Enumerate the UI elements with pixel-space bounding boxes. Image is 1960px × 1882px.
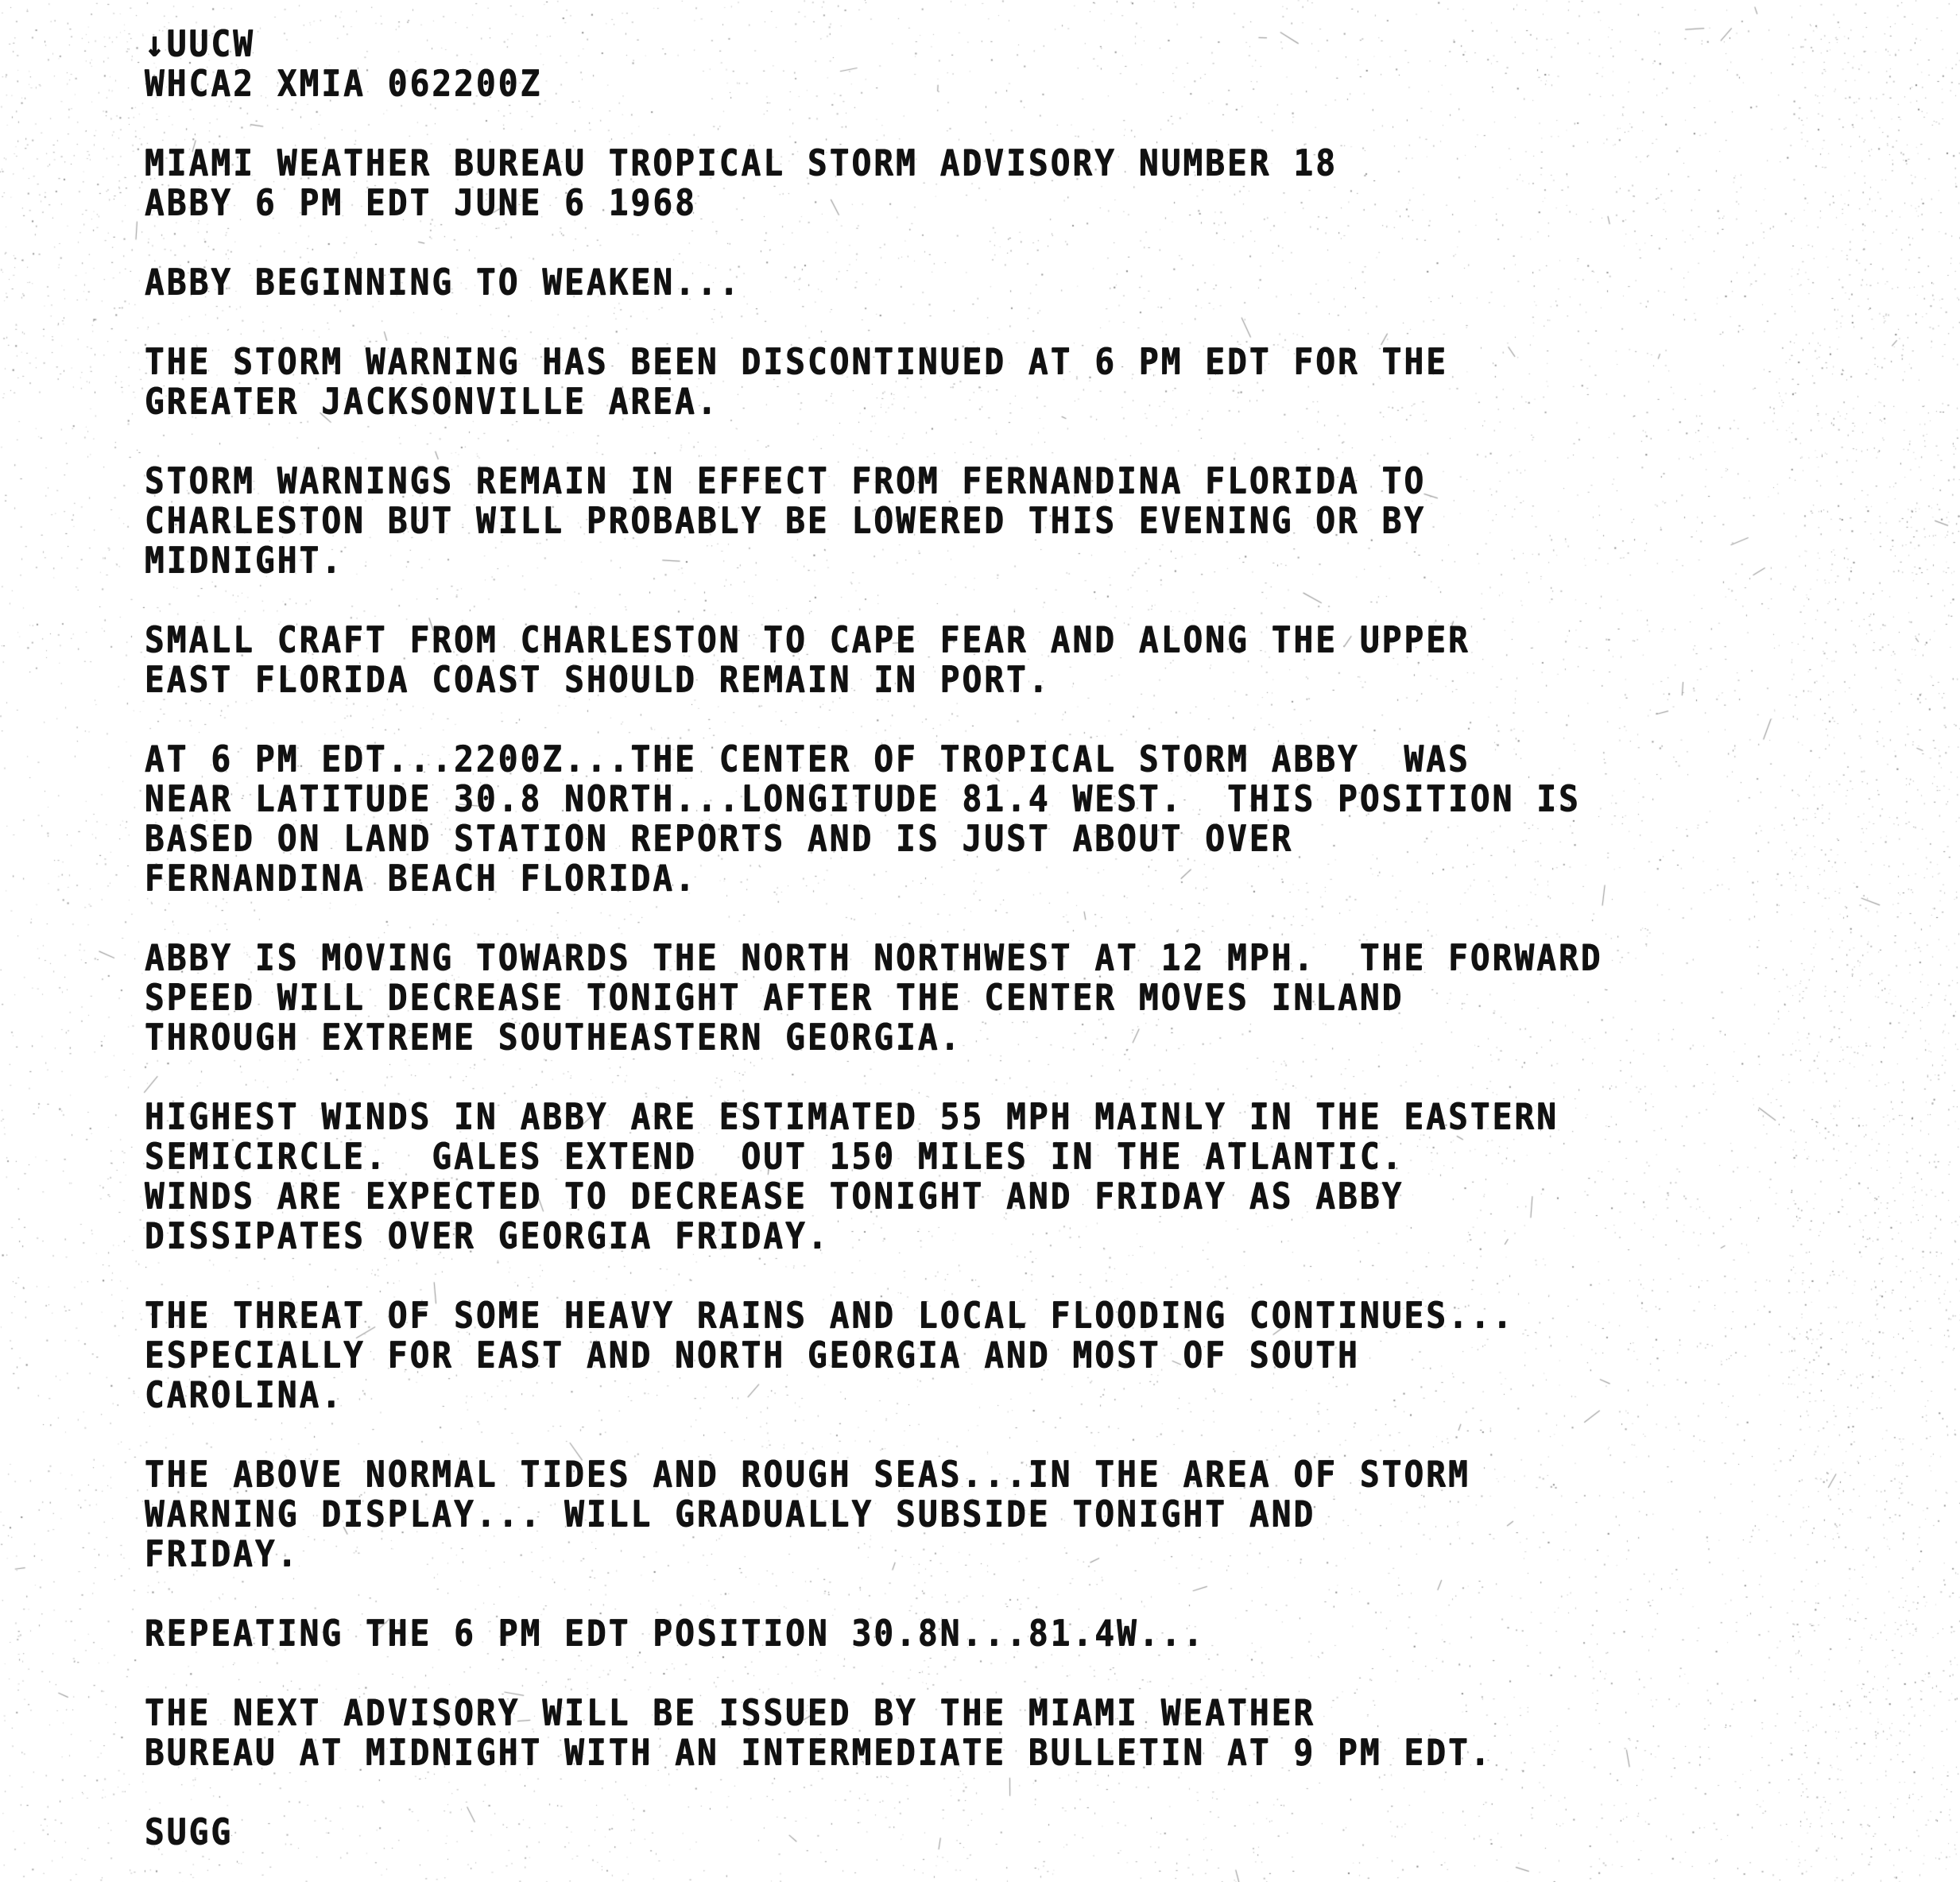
spacer bbox=[145, 898, 1925, 938]
advisory-paragraph: REPEATING THE 6 PM EDT POSITION 30.8N...… bbox=[145, 1613, 1925, 1653]
paragraph-line: SPEED WILL DECREASE TONIGHT AFTER THE CE… bbox=[145, 978, 1800, 1019]
paragraph-line: DISSIPATES OVER GEORGIA FRIDAY. bbox=[145, 1216, 1800, 1257]
advisory-paragraph: SMALL CRAFT FROM CHARLESTON TO CAPE FEAR… bbox=[145, 620, 1925, 699]
advisory-paragraph: THE STORM WARNING HAS BEEN DISCONTINUED … bbox=[145, 342, 1925, 421]
spacer bbox=[145, 302, 1925, 342]
paragraph-line: STORM WARNINGS REMAIN IN EFFECT FROM FER… bbox=[145, 461, 1800, 502]
headline: ABBY BEGINNING TO WEAKEN... bbox=[145, 262, 1925, 302]
title-line-1: MIAMI WEATHER BUREAU TROPICAL STORM ADVI… bbox=[145, 143, 1800, 184]
advisory-paragraph: HIGHEST WINDS IN ABBY ARE ESTIMATED 55 M… bbox=[145, 1097, 1925, 1256]
paragraph-line: THE THREAT OF SOME HEAVY RAINS AND LOCAL… bbox=[145, 1295, 1800, 1337]
title-line-2: ABBY 6 PM EDT JUNE 6 1968 bbox=[145, 183, 1800, 224]
signature: SUGG bbox=[145, 1812, 1800, 1853]
paragraph-line: EAST FLORIDA COAST SHOULD REMAIN IN PORT… bbox=[145, 660, 1800, 701]
teletype-advisory-document: ↓UUCW WHCA2 XMIA 062200Z MIAMI WEATHER B… bbox=[145, 24, 1925, 1852]
signature-block: SUGG bbox=[145, 1812, 1925, 1852]
paragraph-line: ESPECIALLY FOR EAST AND NORTH GEORGIA AN… bbox=[145, 1335, 1800, 1377]
spacer bbox=[145, 1653, 1925, 1693]
spacer bbox=[145, 699, 1925, 739]
spacer bbox=[145, 421, 1925, 461]
message-header: ↓UUCW WHCA2 XMIA 062200Z bbox=[145, 24, 1925, 103]
paragraph-line: THE STORM WARNING HAS BEEN DISCONTINUED … bbox=[145, 342, 1800, 383]
paragraph-line: CAROLINA. bbox=[145, 1375, 1800, 1416]
spacer bbox=[145, 1574, 1925, 1613]
advisory-paragraph: THE THREAT OF SOME HEAVY RAINS AND LOCAL… bbox=[145, 1295, 1925, 1415]
advisory-paragraph: THE ABOVE NORMAL TIDES AND ROUGH SEAS...… bbox=[145, 1454, 1925, 1574]
wmo-header: WHCA2 XMIA 062200Z bbox=[145, 64, 1800, 105]
paragraph-line: WINDS ARE EXPECTED TO DECREASE TONIGHT A… bbox=[145, 1176, 1800, 1218]
paragraph-line: CHARLESTON BUT WILL PROBABLY BE LOWERED … bbox=[145, 501, 1800, 542]
paragraph-line: HIGHEST WINDS IN ABBY ARE ESTIMATED 55 M… bbox=[145, 1097, 1800, 1138]
spacer bbox=[145, 1057, 1925, 1097]
paragraph-line: THE NEXT ADVISORY WILL BE ISSUED BY THE … bbox=[145, 1693, 1800, 1734]
spacer bbox=[145, 1772, 1925, 1812]
paragraph-line: NEAR LATITUDE 30.8 NORTH...LONGITUDE 81.… bbox=[145, 779, 1800, 820]
paragraph-line: SEMICIRCLE. GALES EXTEND OUT 150 MILES I… bbox=[145, 1137, 1800, 1178]
paragraph-line: BUREAU AT MIDNIGHT WITH AN INTERMEDIATE … bbox=[145, 1733, 1800, 1774]
paragraph-line: MIDNIGHT. bbox=[145, 540, 1800, 582]
paragraph-line: THE ABOVE NORMAL TIDES AND ROUGH SEAS...… bbox=[145, 1454, 1800, 1496]
paragraph-line: GREATER JACKSONVILLE AREA. bbox=[145, 381, 1800, 423]
advisory-paragraph: STORM WARNINGS REMAIN IN EFFECT FROM FER… bbox=[145, 461, 1925, 580]
spacer bbox=[145, 103, 1925, 143]
advisory-title: MIAMI WEATHER BUREAU TROPICAL STORM ADVI… bbox=[145, 143, 1925, 223]
paragraph-line: WARNING DISPLAY... WILL GRADUALLY SUBSID… bbox=[145, 1494, 1800, 1535]
routing-code: ↓UUCW bbox=[145, 24, 1800, 65]
paragraph-line: FERNANDINA BEACH FLORIDA. bbox=[145, 858, 1800, 900]
paragraph-line: THROUGH EXTREME SOUTHEASTERN GEORGIA. bbox=[145, 1017, 1800, 1059]
spacer bbox=[145, 1415, 1925, 1454]
paragraph-line: SMALL CRAFT FROM CHARLESTON TO CAPE FEAR… bbox=[145, 620, 1800, 661]
paragraph-line: REPEATING THE 6 PM EDT POSITION 30.8N...… bbox=[145, 1613, 1800, 1655]
spacer bbox=[145, 223, 1925, 262]
advisory-paragraph: THE NEXT ADVISORY WILL BE ISSUED BY THE … bbox=[145, 1693, 1925, 1772]
spacer bbox=[145, 1256, 1925, 1295]
paragraph-line: ABBY IS MOVING TOWARDS THE NORTH NORTHWE… bbox=[145, 938, 1800, 979]
spacer bbox=[145, 580, 1925, 620]
advisory-paragraph: ABBY IS MOVING TOWARDS THE NORTH NORTHWE… bbox=[145, 938, 1925, 1057]
headline-text: ABBY BEGINNING TO WEAKEN... bbox=[145, 262, 1800, 304]
advisory-paragraph: AT 6 PM EDT...2200Z...THE CENTER OF TROP… bbox=[145, 739, 1925, 898]
paragraph-line: AT 6 PM EDT...2200Z...THE CENTER OF TROP… bbox=[145, 739, 1800, 780]
advisory-body: THE STORM WARNING HAS BEEN DISCONTINUED … bbox=[145, 342, 1925, 1812]
paragraph-line: FRIDAY. bbox=[145, 1534, 1800, 1575]
paragraph-line: BASED ON LAND STATION REPORTS AND IS JUS… bbox=[145, 819, 1800, 860]
